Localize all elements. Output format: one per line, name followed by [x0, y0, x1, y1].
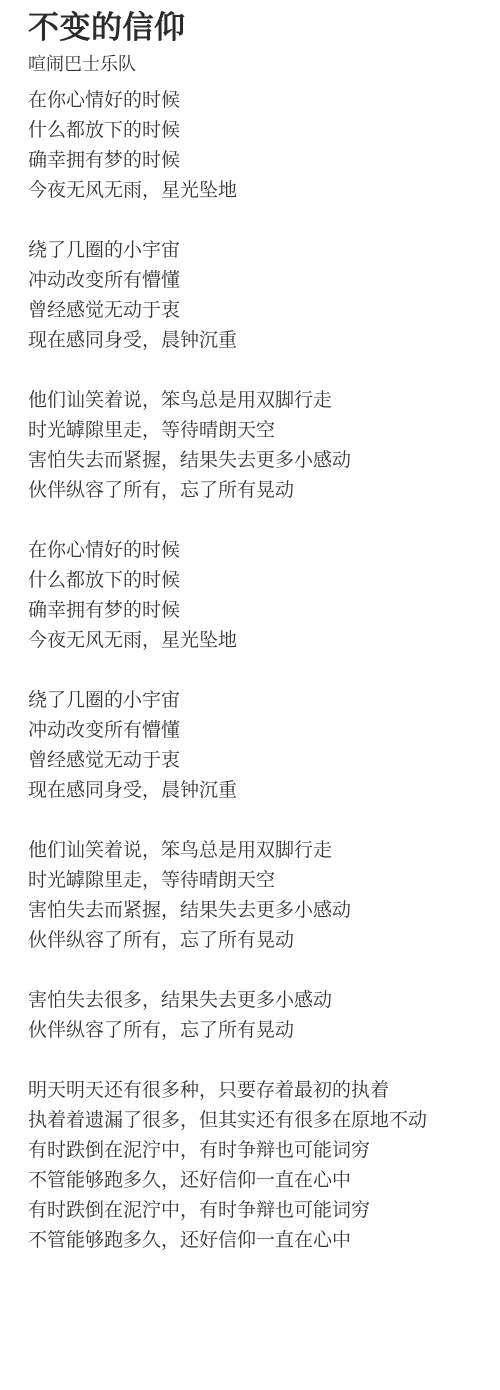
lyric-stanza: 绕了几圈的小宇宙冲动改变所有懵懂曾经感觉无动于衷现在感同身受，晨钟沉重: [28, 686, 480, 806]
lyric-line: 什么都放下的时候: [28, 566, 480, 596]
lyric-line: 现在感同身受，晨钟沉重: [28, 776, 480, 806]
lyric-line: 绕了几圈的小宇宙: [28, 236, 480, 266]
lyric-line: 曾经感觉无动于衷: [28, 746, 480, 776]
lyric-line: 他们讪笑着说，笨鸟总是用双脚行走: [28, 386, 480, 416]
lyric-line: 伙伴纵容了所有，忘了所有晃动: [28, 476, 480, 506]
lyric-line: 害怕失去很多，结果失去更多小感动: [28, 986, 480, 1016]
lyric-line: 现在感同身受，晨钟沉重: [28, 326, 480, 356]
lyric-line: 在你心情好的时候: [28, 536, 480, 566]
lyric-stanza: 他们讪笑着说，笨鸟总是用双脚行走时光罅隙里走，等待晴朗天空害怕失去而紧握，结果失…: [28, 386, 480, 506]
lyric-line: 有时跌倒在泥泞中，有时争辩也可能词穷: [28, 1136, 480, 1166]
lyric-line: 不管能够跑多久，还好信仰一直在心中: [28, 1226, 480, 1256]
lyric-line: 他们讪笑着说，笨鸟总是用双脚行走: [28, 836, 480, 866]
lyric-line: 时光罅隙里走，等待晴朗天空: [28, 866, 480, 896]
lyric-line: 在你心情好的时候: [28, 86, 480, 116]
lyric-line: 绕了几圈的小宇宙: [28, 686, 480, 716]
lyric-line: 今夜无风无雨，星光坠地: [28, 176, 480, 206]
lyric-line: 有时跌倒在泥泞中，有时争辩也可能词穷: [28, 1196, 480, 1226]
lyric-stanza: 他们讪笑着说，笨鸟总是用双脚行走时光罅隙里走，等待晴朗天空害怕失去而紧握，结果失…: [28, 836, 480, 956]
artist-name: 喧闹巴士乐队: [28, 50, 480, 78]
lyric-line: 伙伴纵容了所有，忘了所有晃动: [28, 1016, 480, 1046]
lyrics-body: 在你心情好的时候什么都放下的时候确幸拥有梦的时候今夜无风无雨，星光坠地绕了几圈的…: [28, 86, 480, 1256]
lyric-line: 害怕失去而紧握，结果失去更多小感动: [28, 896, 480, 926]
lyric-line: 确幸拥有梦的时候: [28, 596, 480, 626]
lyric-stanza: 在你心情好的时候什么都放下的时候确幸拥有梦的时候今夜无风无雨，星光坠地: [28, 536, 480, 656]
lyric-line: 伙伴纵容了所有，忘了所有晃动: [28, 926, 480, 956]
lyric-line: 冲动改变所有懵懂: [28, 266, 480, 296]
song-title: 不变的信仰: [28, 6, 480, 50]
lyric-line: 时光罅隙里走，等待晴朗天空: [28, 416, 480, 446]
lyric-stanza: 在你心情好的时候什么都放下的时候确幸拥有梦的时候今夜无风无雨，星光坠地: [28, 86, 480, 206]
lyric-line: 执着着遗漏了很多，但其实还有很多在原地不动: [28, 1106, 480, 1136]
lyric-line: 今夜无风无雨，星光坠地: [28, 626, 480, 656]
lyric-line: 确幸拥有梦的时候: [28, 146, 480, 176]
lyrics-page: 不变的信仰 喧闹巴士乐队 在你心情好的时候什么都放下的时候确幸拥有梦的时候今夜无…: [0, 0, 500, 1256]
lyric-stanza: 明天明天还有很多种，只要存着最初的执着执着着遗漏了很多，但其实还有很多在原地不动…: [28, 1076, 480, 1256]
lyric-line: 什么都放下的时候: [28, 116, 480, 146]
lyric-line: 害怕失去而紧握，结果失去更多小感动: [28, 446, 480, 476]
lyric-stanza: 害怕失去很多，结果失去更多小感动伙伴纵容了所有，忘了所有晃动: [28, 986, 480, 1046]
lyric-stanza: 绕了几圈的小宇宙冲动改变所有懵懂曾经感觉无动于衷现在感同身受，晨钟沉重: [28, 236, 480, 356]
lyric-line: 曾经感觉无动于衷: [28, 296, 480, 326]
lyric-line: 明天明天还有很多种，只要存着最初的执着: [28, 1076, 480, 1106]
lyric-line: 冲动改变所有懵懂: [28, 716, 480, 746]
lyric-line: 不管能够跑多久，还好信仰一直在心中: [28, 1166, 480, 1196]
